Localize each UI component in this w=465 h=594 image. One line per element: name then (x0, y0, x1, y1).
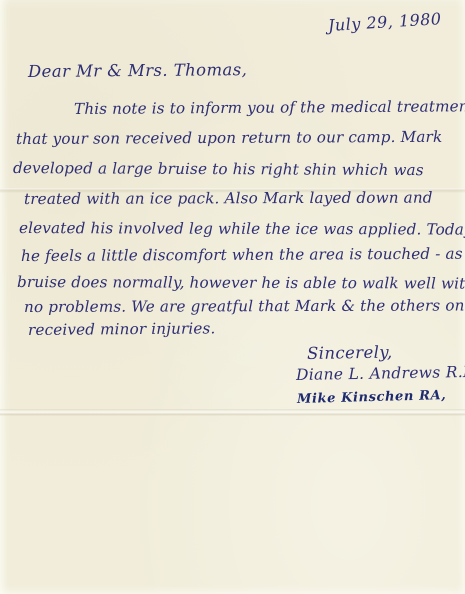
body-line-9: received minor injuries. (28, 319, 216, 339)
body-line-3: developed a large bruise to his right sh… (13, 159, 424, 179)
letter-date: July 29, 1980 (327, 9, 442, 35)
body-line-2: that your son received upon return to ou… (16, 128, 442, 148)
body-line-4: treated with an ice pack. Also Mark laye… (24, 189, 433, 208)
fold-crease-bottom (0, 409, 465, 416)
body-line-8: no problems. We are greatful that Mark &… (24, 296, 465, 316)
letter-salutation: Dear Mr & Mrs. Thomas, (28, 60, 247, 81)
letter-scan: July 29, 1980 Dear Mr & Mrs. Thomas, Thi… (0, 0, 465, 594)
letter-closing: Sincerely, (307, 343, 393, 363)
body-line-6: he feels a little discomfort when the ar… (21, 245, 465, 265)
body-line-1: This note is to inform you of the medica… (74, 97, 465, 118)
body-line-7: bruise does normally, however he is able… (17, 273, 465, 293)
body-line-5: elevated his involved leg while the ice … (19, 219, 465, 239)
signature-counselor: Mike Kinschen RA, (297, 388, 447, 407)
signature-nurse: Diane L. Andrews R.N. (296, 363, 465, 384)
